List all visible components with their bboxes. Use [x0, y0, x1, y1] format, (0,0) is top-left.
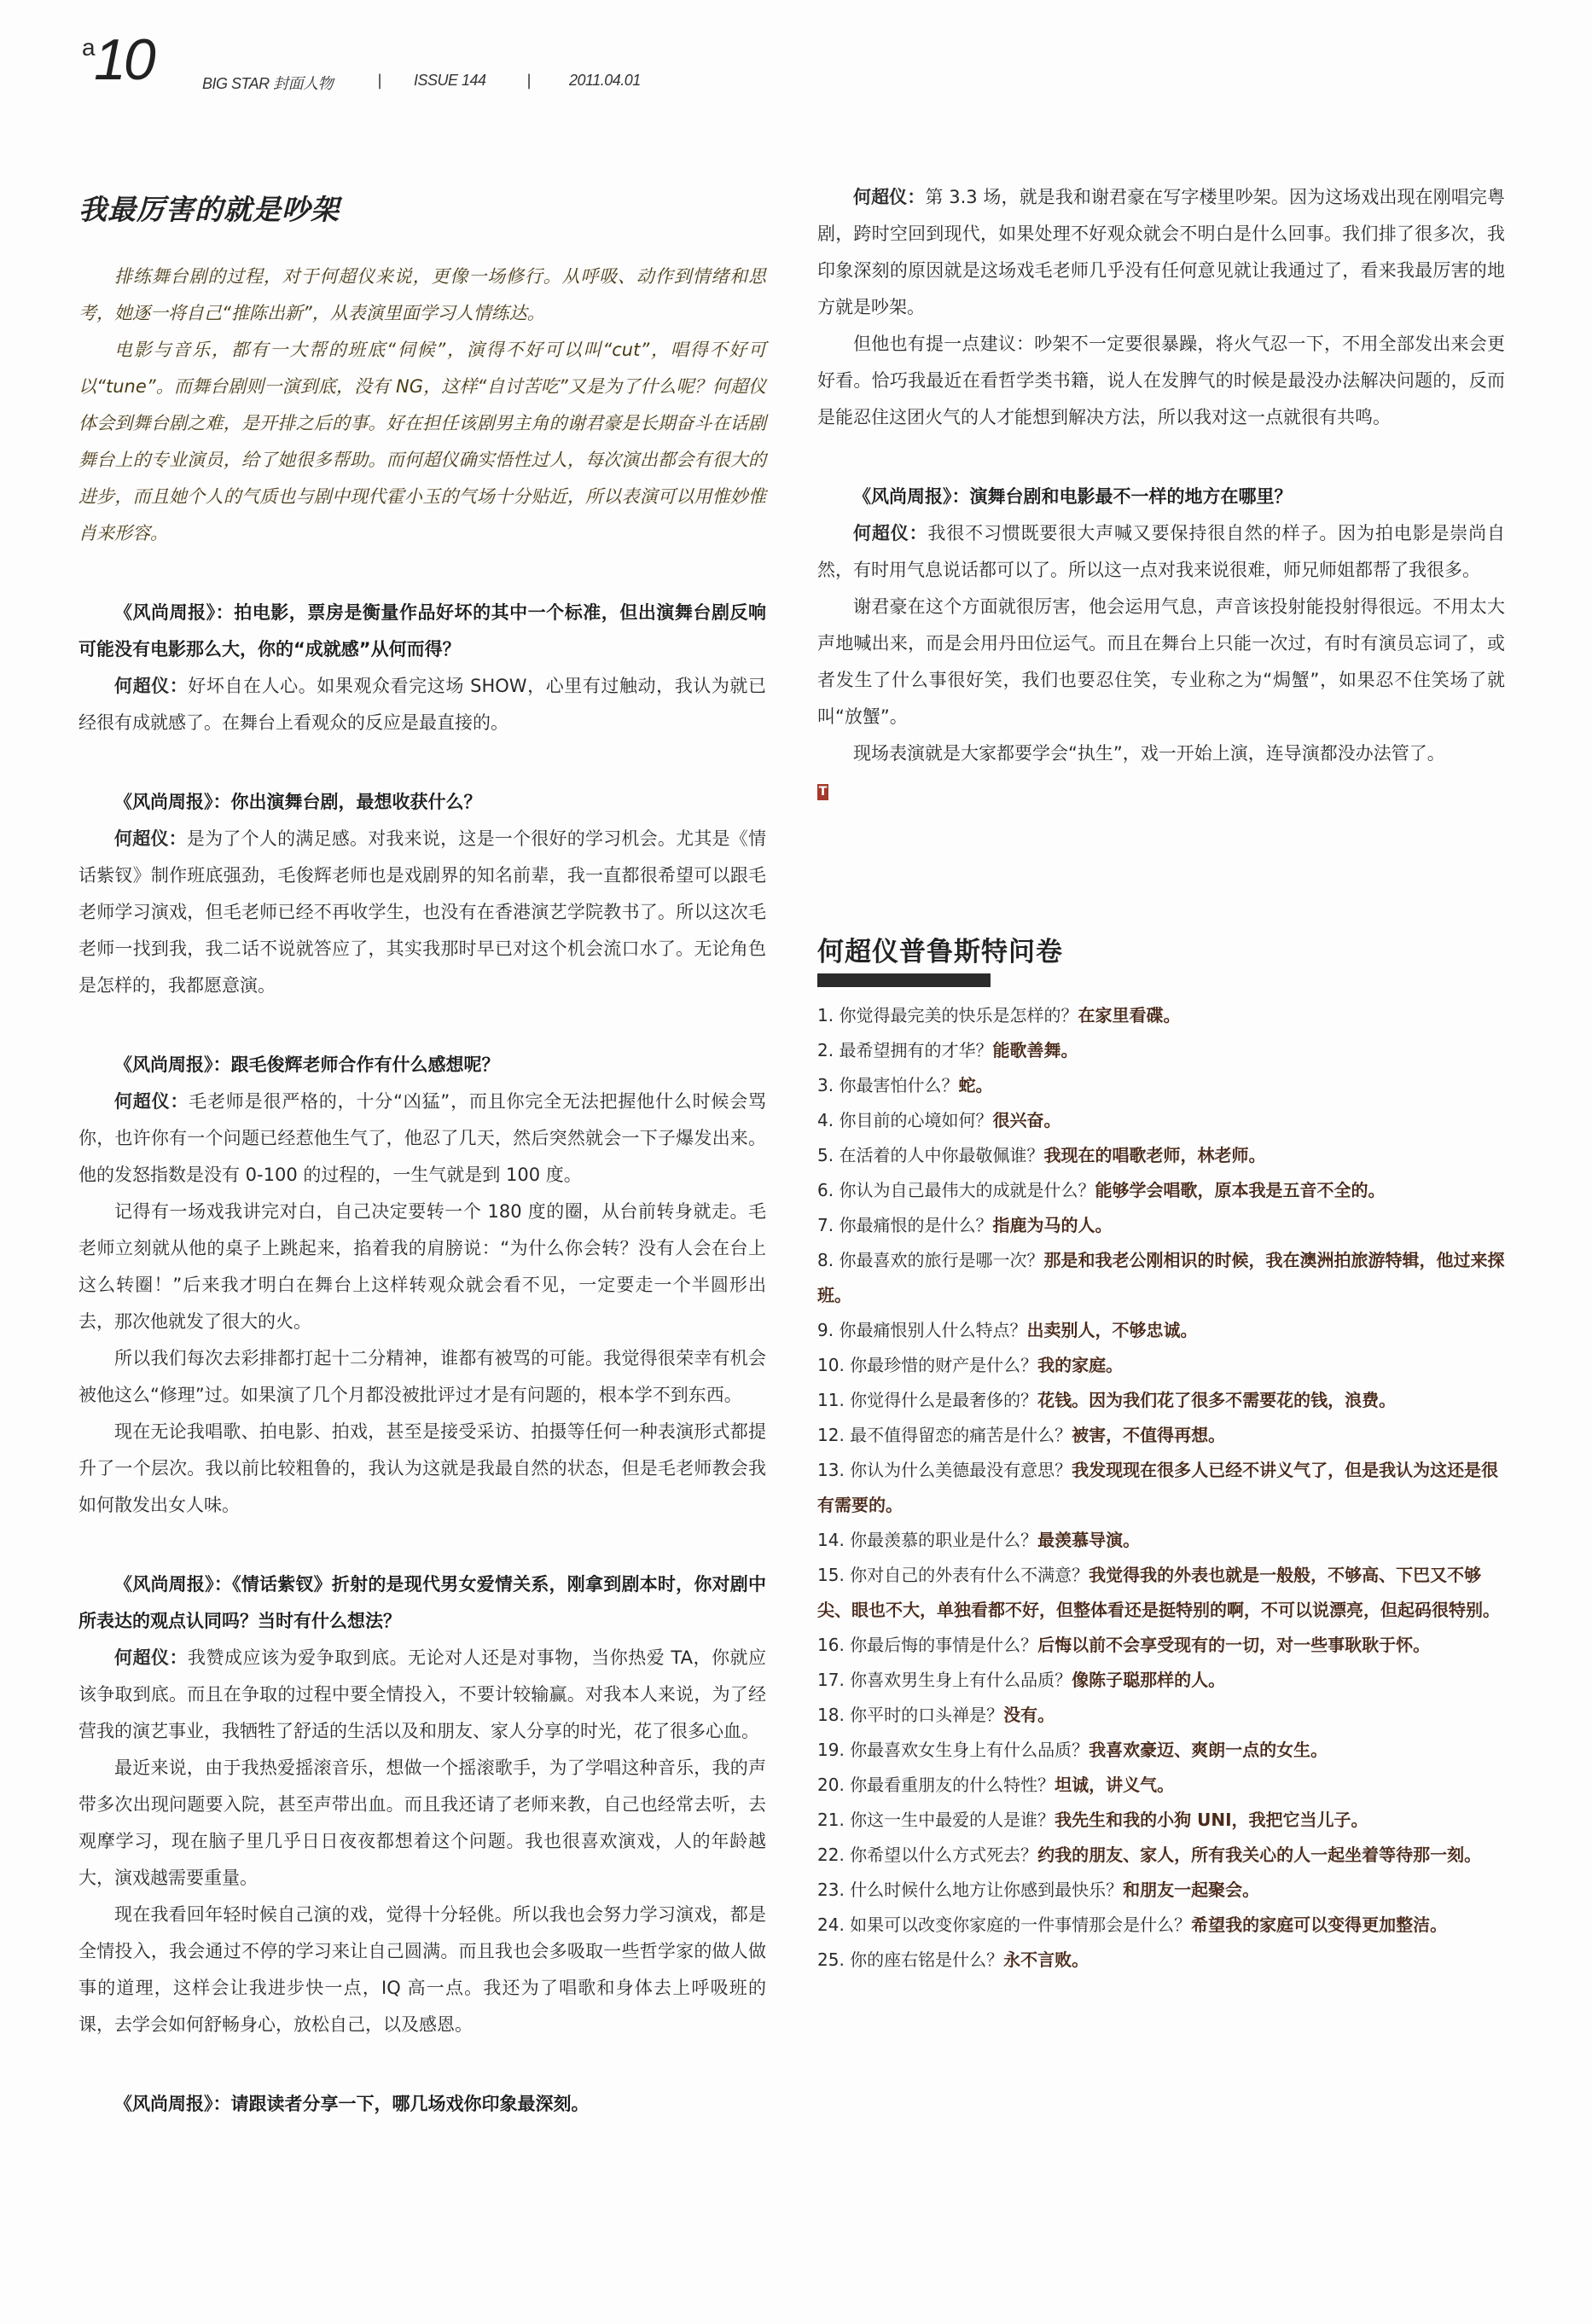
- answer-text: 坦诚，讲义气。: [1055, 1775, 1174, 1795]
- question-text: 你最喜欢女生身上有什么品质？: [850, 1740, 1089, 1760]
- questionnaire-item: 20. 你最看重朋友的什么特性？坦诚，讲义气。: [817, 1768, 1505, 1803]
- question-text: 你最后悔的事情是什么？: [850, 1635, 1037, 1655]
- question-text: 你最害怕什么？: [839, 1075, 958, 1095]
- answer-text: 我喜欢豪迈、爽朗一点的女生。: [1089, 1740, 1328, 1760]
- answer-text: 被害，不值得再想。: [1072, 1425, 1225, 1445]
- interview-answer: 何超仪：毛老师是很严格的，十分“凶猛”，而且你完全无法把握他什么时候会骂你，也许…: [78, 1084, 766, 1194]
- question-text: 你这一生中最爱的人是谁？: [850, 1810, 1055, 1830]
- answer-paragraph: 所以我们每次去彩排都打起十二分精神，谁都有被骂的可能。我觉得很荣幸有机会被他这么…: [78, 1340, 766, 1414]
- questionnaire-item: 12. 最不值得留恋的痛苦是什么？被害，不值得再想。: [817, 1418, 1505, 1453]
- answer-text: 指鹿为马的人。: [992, 1215, 1112, 1235]
- question-number: 13.: [817, 1460, 845, 1480]
- questionnaire-item: 16. 你最后悔的事情是什么？后悔以前不会享受现有的一切，对一些事耿耿于怀。: [817, 1628, 1505, 1663]
- answer-text: 约我的朋友、家人，所有我关心的人一起坐着等待那一刻。: [1037, 1845, 1481, 1865]
- question-number: 19.: [817, 1740, 845, 1760]
- interview-question: 《风尚周报》：《情话紫钗》折射的是现代男女爱情关系，刚拿到剧本时，你对剧中所表达…: [78, 1566, 766, 1640]
- page-number: 10: [94, 31, 154, 89]
- answer-paragraph: 现在我看回年轻时候自己演的戏，觉得十分轻佻。所以我也会努力学习演戏，都是全情投入…: [78, 1897, 766, 2043]
- question-text: 你最喜欢的旅行是哪一次？: [839, 1250, 1043, 1270]
- answer-text: 很兴奋。: [992, 1110, 1060, 1130]
- questionnaire-title: 何超仪普鲁斯特问卷: [817, 930, 1063, 968]
- question-text: 你喜欢男生身上有什么品质？: [850, 1670, 1072, 1690]
- question-number: 23.: [817, 1880, 845, 1900]
- answer-text: 后悔以前不会享受现有的一切，对一些事耿耿于怀。: [1037, 1635, 1430, 1655]
- questionnaire-item: 17. 你喜欢男生身上有什么品质？像陈子聪那样的人。: [817, 1663, 1505, 1698]
- interview-answer: 何超仪：是为了个人的满足感。对我来说，这是一个很好的学习机会。尤其是《情话紫钗》…: [78, 821, 766, 1004]
- question-number: 5.: [817, 1145, 834, 1165]
- question-text: 你觉得最完美的快乐是怎样的？: [839, 1005, 1078, 1025]
- questionnaire-item: 10. 你最珍惜的财产是什么？我的家庭。: [817, 1348, 1505, 1383]
- interview-question: 《风尚周报》：跟毛俊辉老师合作有什么感想呢？: [78, 1047, 766, 1084]
- answer-text: 蛇。: [958, 1075, 992, 1095]
- question-number: 3.: [817, 1075, 834, 1095]
- question-number: 20.: [817, 1775, 845, 1795]
- interview-answer: 何超仪：第 3.3 场，就是我和谢君豪在写字楼里吵架。因为这场戏出现在刚唱完粤剧…: [817, 179, 1505, 326]
- question-number: 18.: [817, 1705, 845, 1725]
- header-separator: |: [377, 72, 382, 90]
- answer-text: 我现在的唱歌老师，林老师。: [1043, 1145, 1265, 1165]
- question-number: 16.: [817, 1635, 845, 1655]
- questionnaire-item: 5. 在活着的人中你最敬佩谁？我现在的唱歌老师，林老师。: [817, 1138, 1505, 1173]
- questionnaire-item: 9. 你最痛恨别人什么特点？出卖别人，不够忠诚。: [817, 1313, 1505, 1348]
- header-separator: |: [526, 72, 532, 90]
- questionnaire-item: 19. 你最喜欢女生身上有什么品质？我喜欢豪迈、爽朗一点的女生。: [817, 1733, 1505, 1768]
- answer-text: 能够学会唱歌，原本我是五音不全的。: [1095, 1180, 1385, 1200]
- answer-text: 和朋友一起聚会。: [1123, 1880, 1259, 1900]
- question-number: 17.: [817, 1670, 845, 1690]
- question-number: 22.: [817, 1845, 845, 1865]
- question-text: 在活着的人中你最敬佩谁？: [839, 1145, 1043, 1165]
- questionnaire-item: 2. 最希望拥有的才华？能歌善舞。: [817, 1033, 1505, 1068]
- interview-question: 《风尚周报》：演舞台剧和电影最不一样的地方在哪里？: [817, 479, 1505, 515]
- interview-question: 《风尚周报》：拍电影，票房是衡量作品好坏的其中一个标准，但出演舞台剧反响可能没有…: [78, 595, 766, 668]
- question-text: 你最痛恨的是什么？: [839, 1215, 992, 1235]
- question-text: 你最珍惜的财产是什么？: [850, 1355, 1037, 1375]
- answer-text: 能歌善舞。: [992, 1040, 1078, 1060]
- questionnaire-item: 13. 你认为什么美德最没有意思？我发现现在很多人已经不讲义气了，但是我认为这还…: [817, 1453, 1505, 1523]
- questionnaire-item: 25. 你的座右铭是什么？永不言败。: [817, 1943, 1505, 1978]
- questionnaire-item: 24. 如果可以改变你家庭的一件事情那会是什么？希望我的家庭可以变得更加整洁。: [817, 1908, 1505, 1943]
- question-number: 6.: [817, 1180, 834, 1200]
- answer-paragraph: 现在无论我唱歌、拍电影、拍戏，甚至是接受采访、拍摄等任何一种表演形式都提升了一个…: [78, 1414, 766, 1524]
- question-number: 12.: [817, 1425, 845, 1445]
- interview-answer: 何超仪：我很不习惯既要很大声喊又要保持很自然的样子。因为拍电影是崇尚自然，有时用…: [817, 515, 1505, 589]
- answer-text: 在家里看碟。: [1078, 1005, 1180, 1025]
- issue-date: 2011.04.01: [569, 72, 641, 90]
- questionnaire-item: 7. 你最痛恨的是什么？指鹿为马的人。: [817, 1208, 1505, 1243]
- question-number: 15.: [817, 1565, 845, 1585]
- issue-label: ISSUE 144: [414, 72, 486, 90]
- question-text: 你最羡慕的职业是什么？: [850, 1530, 1037, 1550]
- answer-text: 永不言败。: [1003, 1949, 1089, 1970]
- answer-text: 像陈子聪那样的人。: [1072, 1670, 1225, 1690]
- answer-paragraph: 谢君豪在这个方面就很厉害，他会运用气息，声音该投射能投射得很远。不用太大声地喊出…: [817, 589, 1505, 735]
- questionnaire-item: 6. 你认为自己最伟大的成就是什么？能够学会唱歌，原本我是五音不全的。: [817, 1173, 1505, 1208]
- answer-paragraph: 最近来说，由于我热爱摇滚音乐，想做一个摇滚歌手，为了学唱这种音乐，我的声带多次出…: [78, 1750, 766, 1897]
- question-text: 什么时候什么地方让你感到最快乐？: [850, 1880, 1123, 1900]
- question-text: 最希望拥有的才华？: [839, 1040, 992, 1060]
- question-text: 你对自己的外表有什么不满意？: [850, 1565, 1089, 1585]
- question-number: 7.: [817, 1215, 834, 1235]
- article-left-column: 我最厉害的就是吵架 排练舞台剧的过程，对于何超仪来说，更像一场修行。从呼吸、动作…: [78, 188, 766, 2123]
- intro-paragraph: 排练舞台剧的过程，对于何超仪来说，更像一场修行。从呼吸、动作到情绪和思考，她逐一…: [78, 259, 766, 332]
- answer-text: 希望我的家庭可以变得更加整洁。: [1191, 1914, 1447, 1935]
- questionnaire-item: 11. 你觉得什么是最奢侈的？花钱。因为我们花了很多不需要花的钱，浪费。: [817, 1383, 1505, 1418]
- question-number: 11.: [817, 1390, 845, 1410]
- interview-answer: 何超仪：好坏自在人心。如果观众看完这场 SHOW，心里有过触动，我认为就已经很有…: [78, 668, 766, 741]
- question-number: 21.: [817, 1810, 845, 1830]
- question-number: 25.: [817, 1949, 845, 1970]
- questionnaire-item: 8. 你最喜欢的旅行是哪一次？那是和我老公刚相识的时候，我在澳洲拍旅游特辑，他过…: [817, 1243, 1505, 1313]
- question-text: 你认为什么美德最没有意思？: [850, 1460, 1072, 1480]
- interview-question: 《风尚周报》：你出演舞台剧，最想收获什么？: [78, 784, 766, 821]
- question-text: 你希望以什么方式死去？: [850, 1845, 1037, 1865]
- interview-answer: 何超仪：我赞成应该为爱争取到底。无论对人还是对事物，当你热爱 TA，你就应该争取…: [78, 1640, 766, 1750]
- question-text: 如果可以改变你家庭的一件事情那会是什么？: [850, 1914, 1191, 1935]
- answer-paragraph: 但他也有提一点建议：吵架不一定要很暴躁，将火气忍一下，不用全部发出来会更好看。恰…: [817, 326, 1505, 436]
- answer-text: 最羡慕导演。: [1037, 1530, 1140, 1550]
- interview-question: 《风尚周报》：请跟读者分享一下，哪几场戏你印象最深刻。: [78, 2086, 766, 2123]
- question-text: 最不值得留恋的痛苦是什么？: [850, 1425, 1072, 1445]
- end-mark-icon: T: [817, 784, 828, 800]
- question-number: 1.: [817, 1005, 834, 1025]
- questionnaire-item: 3. 你最害怕什么？蛇。: [817, 1068, 1505, 1103]
- answer-text: 花钱。因为我们花了很多不需要花的钱，浪费。: [1037, 1390, 1396, 1410]
- questionnaire-item: 22. 你希望以什么方式死去？约我的朋友、家人，所有我关心的人一起坐着等待那一刻…: [817, 1838, 1505, 1873]
- question-number: 4.: [817, 1110, 834, 1130]
- question-number: 10.: [817, 1355, 845, 1375]
- question-number: 2.: [817, 1040, 834, 1060]
- questionnaire-item: 21. 你这一生中最爱的人是谁？我先生和我的小狗 UNI，我把它当儿子。: [817, 1803, 1505, 1838]
- question-number: 9.: [817, 1320, 834, 1340]
- answer-text: 没有。: [1003, 1705, 1055, 1725]
- answer-text: 我先生和我的小狗 UNI，我把它当儿子。: [1055, 1810, 1368, 1830]
- question-text: 你觉得什么是最奢侈的？: [850, 1390, 1037, 1410]
- section-label: BIG STAR 封面人物: [202, 72, 333, 94]
- question-text: 你认为自己最伟大的成就是什么？: [839, 1180, 1095, 1200]
- page-header: a 10 BIG STAR 封面人物 | ISSUE 144 | 2011.04…: [78, 27, 1529, 104]
- questionnaire-list: 1. 你觉得最完美的快乐是怎样的？在家里看碟。2. 最希望拥有的才华？能歌善舞。…: [817, 998, 1505, 1978]
- question-text: 你最看重朋友的什么特性？: [850, 1775, 1055, 1795]
- questionnaire-item: 15. 你对自己的外表有什么不满意？我觉得我的外表也就是一般般，不够高、下巴又不…: [817, 1558, 1505, 1628]
- questionnaire-item: 18. 你平时的口头禅是？没有。: [817, 1698, 1505, 1733]
- question-number: 24.: [817, 1914, 845, 1935]
- questionnaire-item: 23. 什么时候什么地方让你感到最快乐？和朋友一起聚会。: [817, 1873, 1505, 1908]
- answer-paragraph: 记得有一场戏我讲完对白，自己决定要转一个 180 度的圈，从台前转身就走。毛老师…: [78, 1194, 766, 1340]
- question-text: 你的座右铭是什么？: [850, 1949, 1003, 1970]
- questionnaire-item: 1. 你觉得最完美的快乐是怎样的？在家里看碟。: [817, 998, 1505, 1033]
- questionnaire-item: 4. 你目前的心境如何？很兴奋。: [817, 1103, 1505, 1138]
- question-text: 你最痛恨别人什么特点？: [839, 1320, 1026, 1340]
- intro-paragraph: 电影与音乐，都有一大帮的班底“伺候”，演得不好可以叫“cut”，唱得不好可以“t…: [78, 332, 766, 552]
- question-number: 14.: [817, 1530, 845, 1550]
- questionnaire-item: 14. 你最羡慕的职业是什么？最羡慕导演。: [817, 1523, 1505, 1558]
- answer-text: 我的家庭。: [1037, 1355, 1123, 1375]
- question-text: 你平时的口头禅是？: [850, 1705, 1003, 1725]
- answer-text: 出卖别人，不够忠诚。: [1026, 1320, 1197, 1340]
- answer-paragraph: 现场表演就是大家都要学会“执生”，戏一开始上演，连导演都没办法管了。: [817, 735, 1505, 772]
- question-number: 8.: [817, 1250, 834, 1270]
- article-right-column: 何超仪：第 3.3 场，就是我和谢君豪在写字楼里吵架。因为这场戏出现在刚唱完粤剧…: [817, 179, 1505, 800]
- article-title: 我最厉害的就是吵架: [78, 188, 766, 228]
- questionnaire-title-bar: [817, 973, 991, 987]
- question-text: 你目前的心境如何？: [839, 1110, 992, 1130]
